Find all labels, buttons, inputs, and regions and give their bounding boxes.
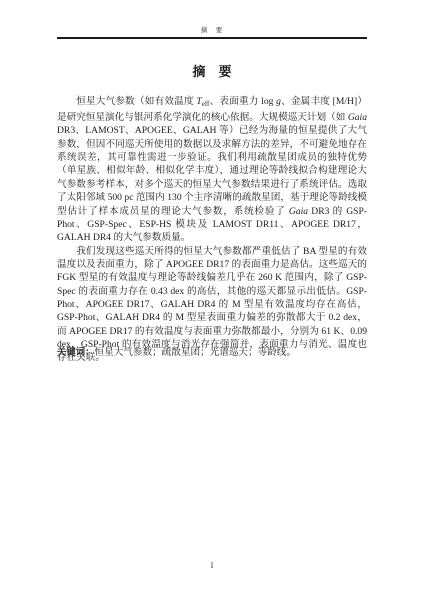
abstract-title: 摘 要 xyxy=(57,61,367,80)
keywords-text: 恒星大气参数；疏散星团；光谱巡天；等龄线。 xyxy=(95,347,296,358)
running-header-title: 摘 要 xyxy=(201,27,224,34)
paragraph: 恒星大气参数（如有效温度 Teff、表面重力 log g、金属丰度 [M/H]）… xyxy=(57,95,367,245)
keywords-line: 关键词：恒星大气参数；疏散星团；光谱巡天；等龄线。 xyxy=(57,345,367,359)
header-rule xyxy=(57,37,367,39)
running-header: 摘 要 xyxy=(57,25,367,34)
abstract-body: 恒星大气参数（如有效温度 Teff、表面重力 log g、金属丰度 [M/H]）… xyxy=(57,95,367,365)
page-number: I xyxy=(0,561,424,570)
document-page: 摘 要 摘 要 恒星大气参数（如有效温度 Teff、表面重力 log g、金属丰… xyxy=(0,0,424,600)
keywords-label: 关键词： xyxy=(57,346,95,357)
